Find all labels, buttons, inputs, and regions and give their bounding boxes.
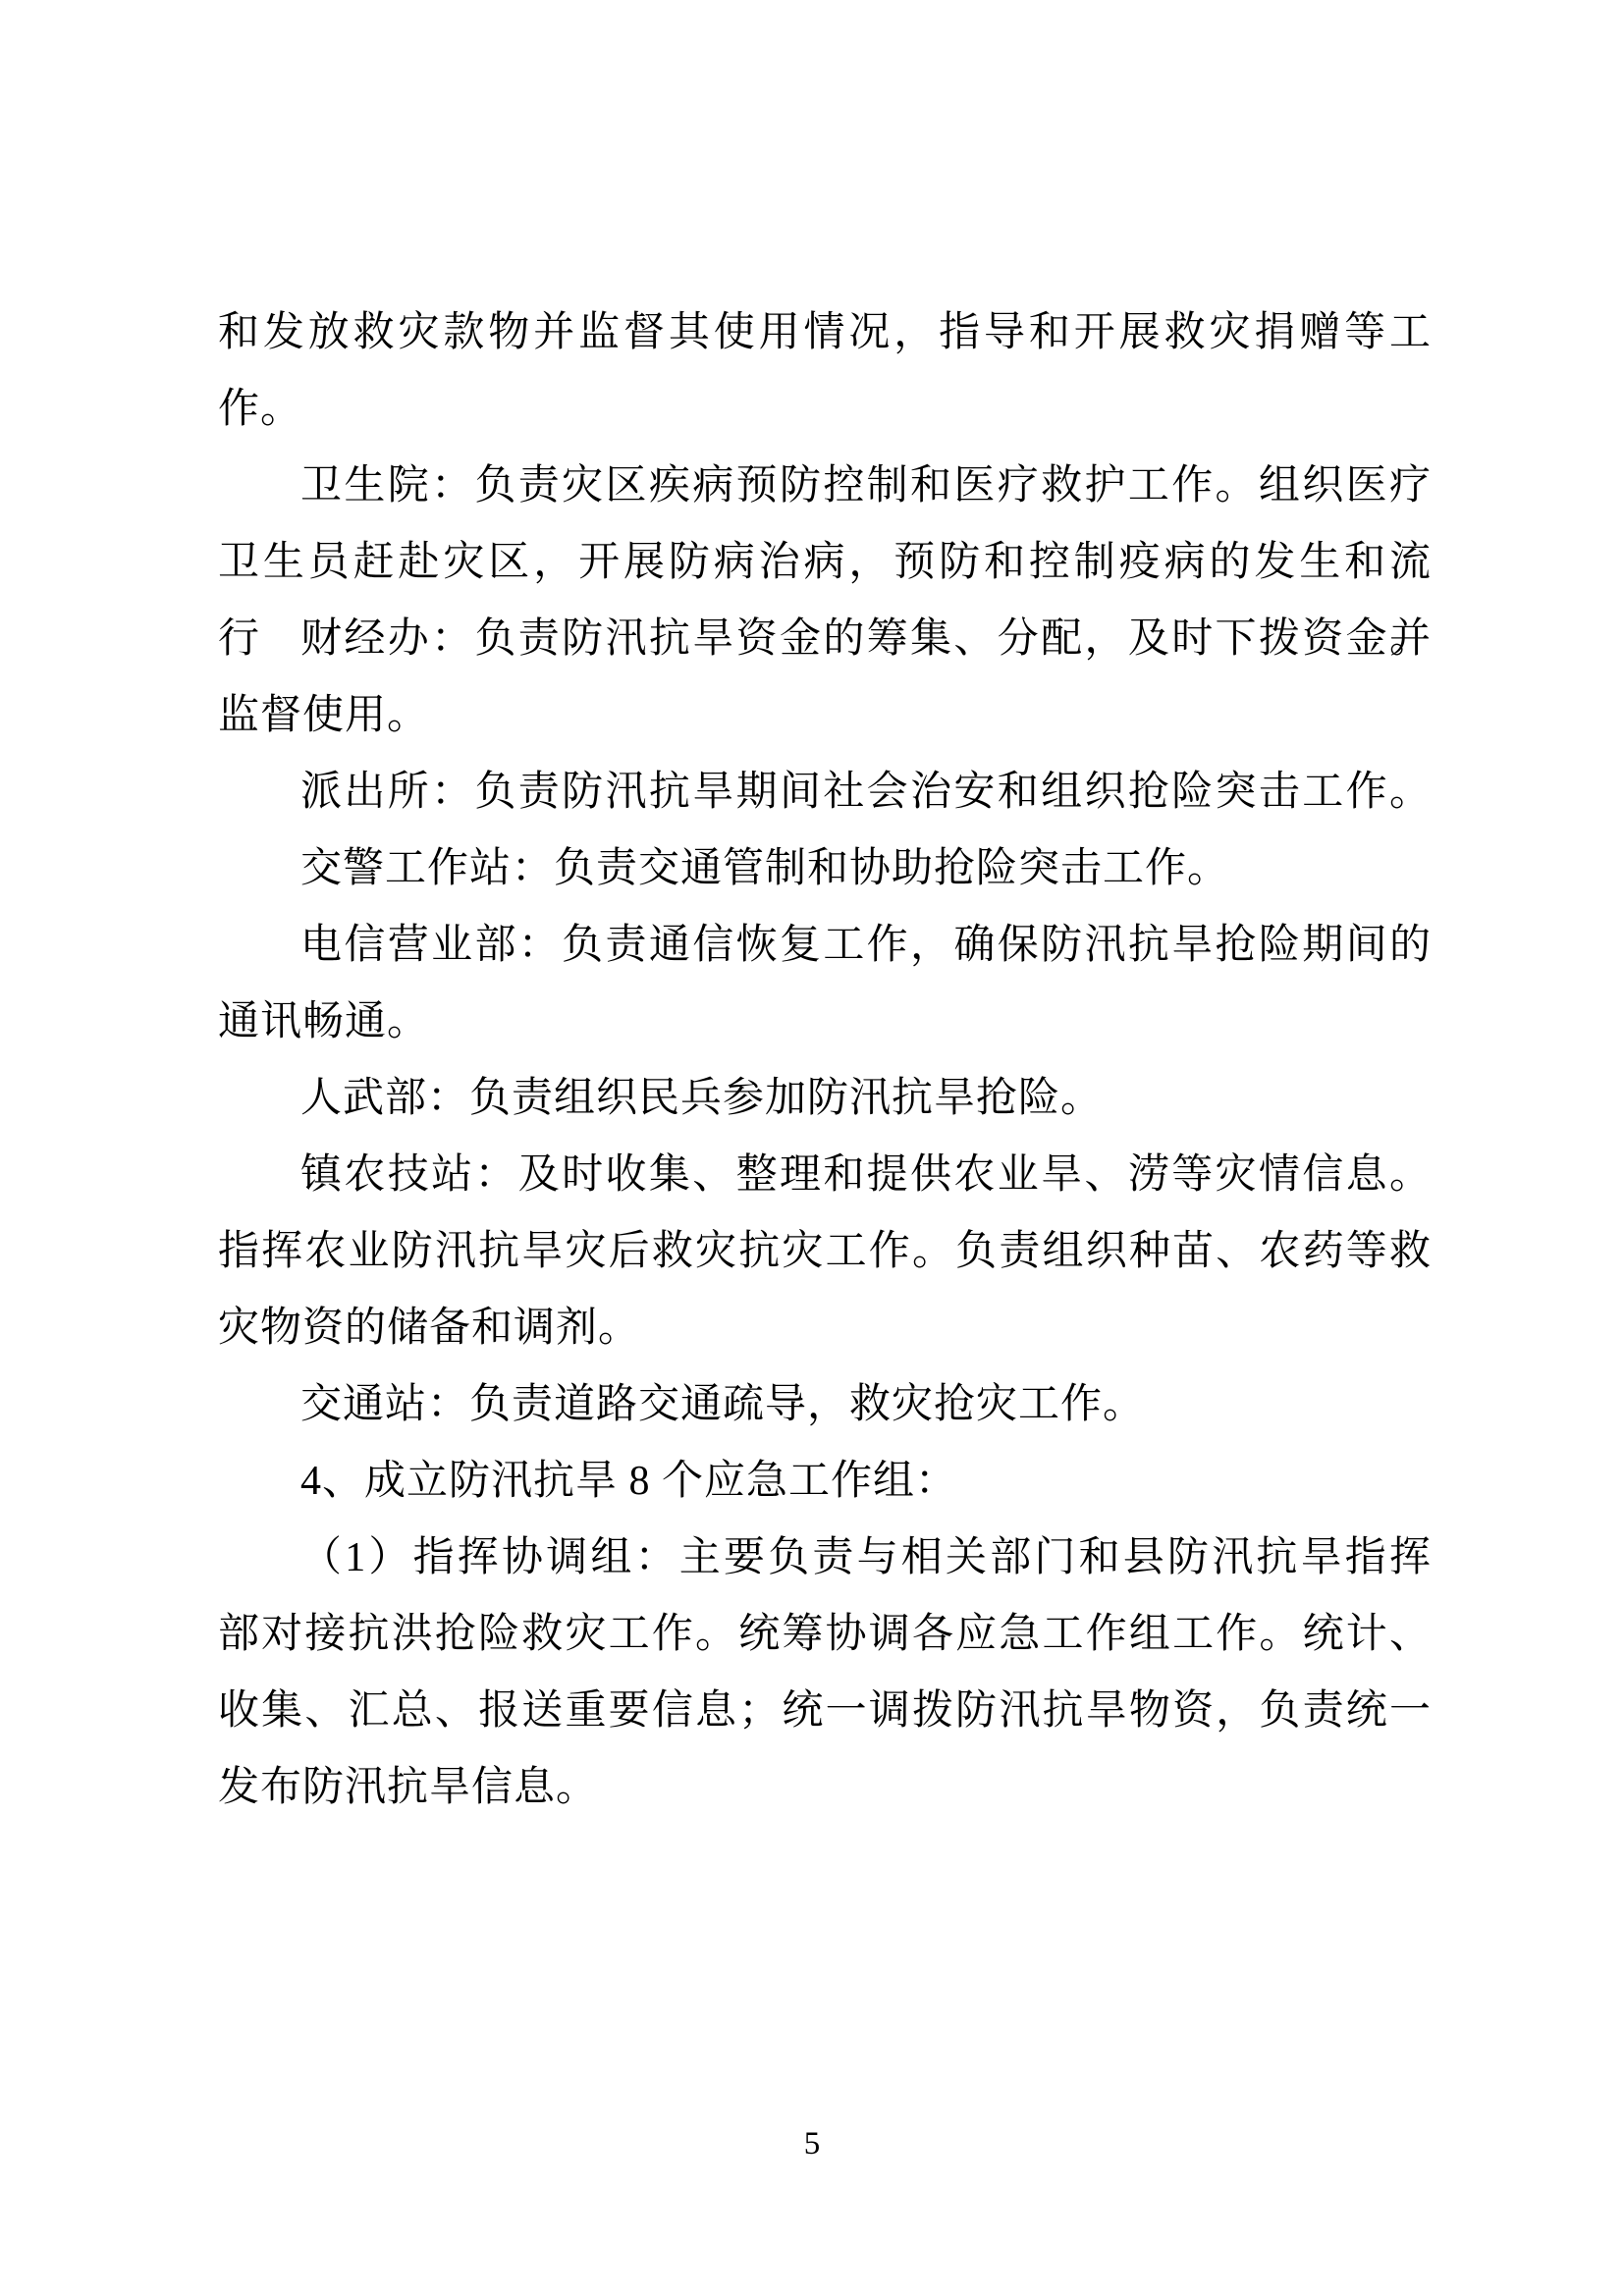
text-line: 部对接抗洪抢险救灾工作。统筹协调各应急工作组工作。统计、 — [218, 1596, 1432, 1673]
text-line: 发布防汛抗旱信息。 — [218, 1749, 1432, 1826]
text-line: 财经办：负责防汛抗旱资金的筹集、分配，及时下拨资金并 — [218, 601, 1432, 677]
text-line: 电信营业部：负责通信恢复工作，确保防汛抗旱抢险期间的 — [218, 907, 1432, 984]
document-page: 和发放救灾款物并监督其使用情况，指导和开展救灾捐赠等工作。卫生院：负责灾区疾病预… — [0, 0, 1624, 2296]
text-line: 4、成立防汛抗旱 8 个应急工作组： — [218, 1443, 1432, 1520]
text-line: 卫生员赶赴灾区，开展防病治病，预防和控制疫病的发生和流行。 — [218, 524, 1432, 601]
page-number: 5 — [0, 2122, 1624, 2165]
text-line: 作。 — [218, 371, 1432, 448]
text-line: 人武部：负责组织民兵参加防汛抗旱抢险。 — [218, 1060, 1432, 1137]
text-line: 指挥农业防汛抗旱灾后救灾抗灾工作。负责组织种苗、农药等救 — [218, 1213, 1432, 1290]
text-line: （1）指挥协调组：主要负责与相关部门和县防汛抗旱指挥 — [218, 1520, 1432, 1596]
text-line: 卫生院：负责灾区疾病预防控制和医疗救护工作。组织医疗 — [218, 448, 1432, 524]
text-line: 监督使用。 — [218, 677, 1432, 754]
text-line: 交通站：负责道路交通疏导，救灾抢灾工作。 — [218, 1366, 1432, 1443]
text-line: 收集、汇总、报送重要信息；统一调拨防汛抗旱物资，负责统一 — [218, 1673, 1432, 1749]
text-line: 镇农技站：及时收集、整理和提供农业旱、涝等灾情信息。 — [218, 1137, 1432, 1213]
text-line: 灾物资的储备和调剂。 — [218, 1290, 1432, 1366]
text-line: 派出所：负责防汛抗旱期间社会治安和组织抢险突击工作。 — [218, 754, 1432, 830]
document-content: 和发放救灾款物并监督其使用情况，指导和开展救灾捐赠等工作。卫生院：负责灾区疾病预… — [218, 294, 1432, 1826]
text-line: 通讯畅通。 — [218, 984, 1432, 1060]
text-line: 交警工作站：负责交通管制和协助抢险突击工作。 — [218, 830, 1432, 907]
text-line: 和发放救灾款物并监督其使用情况，指导和开展救灾捐赠等工 — [218, 294, 1432, 371]
